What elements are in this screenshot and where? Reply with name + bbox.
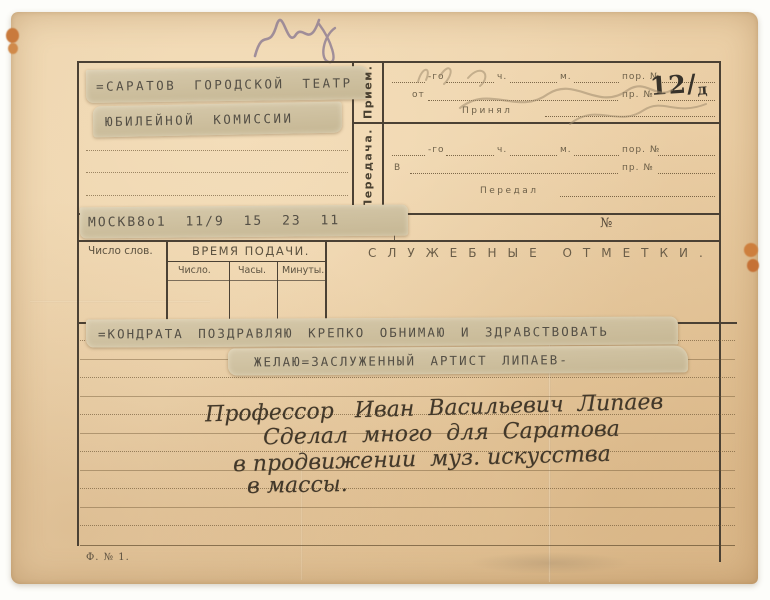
border-line bbox=[77, 61, 79, 546]
border-line bbox=[166, 240, 168, 322]
border-line bbox=[382, 61, 384, 213]
transmission-hours-label: ч. bbox=[497, 145, 507, 155]
time-date-subheader: Число. bbox=[178, 265, 211, 276]
address-tape-strip: =САРАТОВ ГОРОДСКОЙ ТЕАТР bbox=[86, 66, 369, 103]
time-minutes-subheader: Минуты. bbox=[282, 265, 324, 276]
border-line bbox=[166, 261, 326, 262]
rule-line bbox=[80, 525, 735, 526]
origin-tape-strip: МОСКВ8о1 11/9 15 23 11 bbox=[80, 205, 408, 239]
dotted-line bbox=[446, 155, 494, 156]
border-line bbox=[277, 261, 278, 322]
transmission-serial-label: пор. № bbox=[622, 145, 660, 155]
rule-line bbox=[80, 545, 735, 546]
transmission-pr-label: пр. № bbox=[622, 163, 654, 173]
address-line: ЮБИЛЕЙНОЙ КОМИССИИ bbox=[105, 111, 294, 130]
dotted-line bbox=[86, 195, 348, 196]
border-line bbox=[229, 261, 230, 322]
pencil-scribble-top bbox=[243, 6, 363, 68]
address-line: =САРАТОВ ГОРОДСКОЙ ТЕАТР bbox=[96, 75, 353, 94]
rust-spot bbox=[747, 259, 759, 272]
dotted-line bbox=[392, 155, 425, 156]
border-line bbox=[77, 240, 721, 242]
reception-label: Прием. bbox=[354, 61, 382, 122]
paper-crease bbox=[30, 300, 210, 303]
service-marks-header: СЛУЖЕБНЫЕ ОТМЕТКИ. bbox=[368, 246, 714, 260]
dotted-line bbox=[86, 150, 348, 151]
dotted-line bbox=[658, 173, 715, 174]
origin-line: МОСКВ8о1 11/9 15 23 11 bbox=[88, 213, 340, 230]
message-line: ЖЕЛАЮ=ЗАСЛУЖЕННЫЙ АРТИСТ ЛИПАЕВ- bbox=[254, 352, 569, 369]
message-line: =КОНДРАТА ПОЗДРАВЛЯЮ КРЕПКО ОБНИМАЮ И ЗД… bbox=[98, 323, 609, 341]
dotted-line bbox=[658, 155, 715, 156]
pencil-scribble-reception bbox=[390, 56, 720, 134]
border-line bbox=[166, 280, 326, 281]
dotted-line bbox=[410, 173, 618, 174]
sent-by-label: Передал bbox=[480, 186, 539, 196]
address-tape-strip: ЮБИЛЕЙНОЙ КОМИССИИ bbox=[93, 102, 343, 138]
rust-spot bbox=[744, 243, 758, 257]
rule-line bbox=[80, 377, 735, 378]
transmission-label: Передача. bbox=[354, 124, 382, 213]
word-count-header: Число слов. bbox=[88, 245, 153, 257]
telegram-number-sign: № bbox=[600, 216, 612, 231]
transmission-to-label: В bbox=[394, 163, 401, 173]
border-line bbox=[325, 240, 327, 322]
telegram-scan: =САРАТОВ ГОРОДСКОЙ ТЕАТР ЮБИЛЕЙНОЙ КОМИС… bbox=[0, 0, 770, 600]
rule-line bbox=[80, 488, 735, 489]
rust-spot bbox=[6, 28, 19, 43]
ink-smudge bbox=[470, 552, 630, 574]
time-header: ВРЕМЯ ПОДАЧИ. bbox=[192, 244, 310, 258]
form-number: Ф. № 1. bbox=[86, 552, 130, 563]
message-tape-strip: ЖЕЛАЮ=ЗАСЛУЖЕННЫЙ АРТИСТ ЛИПАЕВ- bbox=[228, 345, 688, 375]
transmission-day-label: -го bbox=[428, 145, 444, 155]
handwritten-line: в массы. bbox=[247, 472, 348, 499]
dotted-line bbox=[510, 155, 557, 156]
rule-line bbox=[80, 507, 735, 508]
border-line bbox=[719, 61, 721, 562]
dotted-line bbox=[574, 155, 619, 156]
message-tape-strip: =КОНДРАТА ПОЗДРАВЛЯЮ КРЕПКО ОБНИМАЮ И ЗД… bbox=[86, 316, 678, 347]
dotted-line bbox=[86, 172, 348, 173]
transmission-minutes-label: м. bbox=[560, 145, 572, 155]
dotted-line bbox=[560, 196, 715, 197]
time-hours-subheader: Часы. bbox=[238, 265, 266, 276]
rust-spot bbox=[8, 43, 18, 54]
